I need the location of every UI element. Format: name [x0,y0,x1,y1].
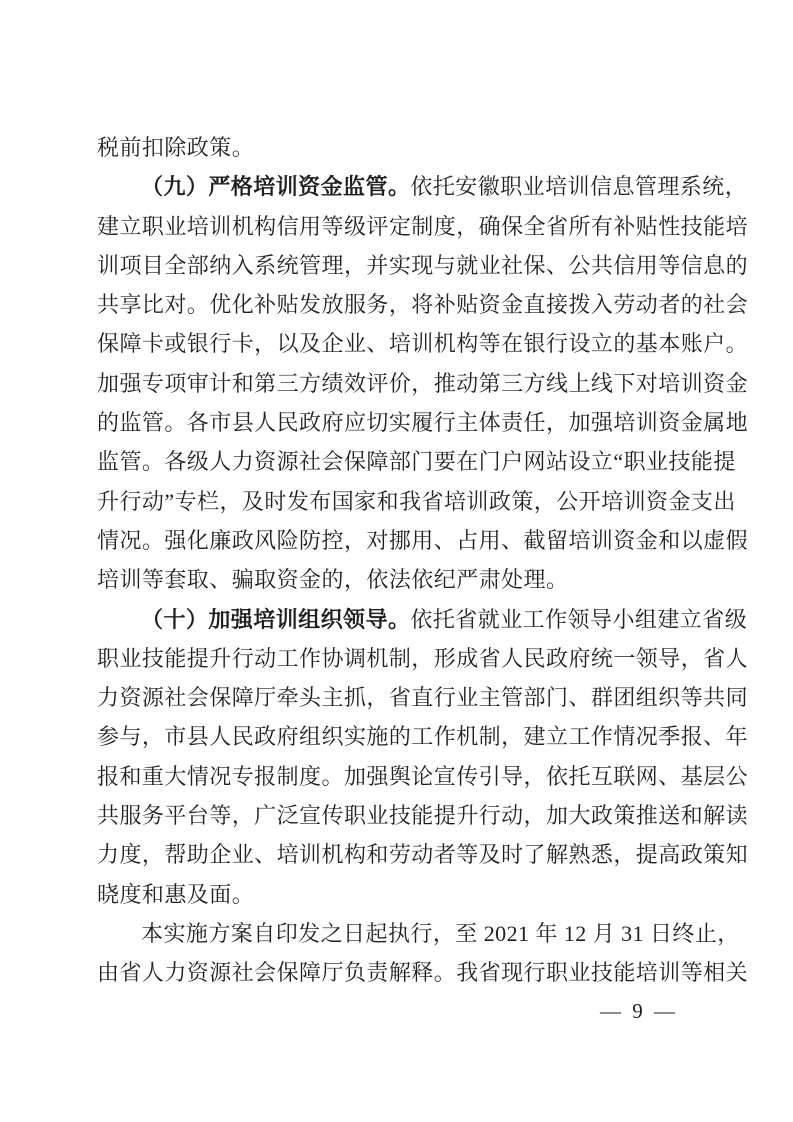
document-line: 税前扣除政策。 [97,128,737,167]
document-line: 建立职业培训机构信用等级评定制度，确保全省所有补贴性技能培 [97,207,737,246]
body-text: 晓度和惠及面。 [97,882,254,907]
body-text: 加强专项审计和第三方绩效评价，推动第三方线上线下对培训资金 [97,371,748,396]
document-line: 职业技能提升行动工作协调机制，形成省人民政府统一领导，省人 [97,639,737,678]
document-line: 本实施方案自印发之日起执行，至 2021 年 12 月 31 日终止， [97,914,737,953]
section-heading: （九）严格培训资金监管。 [141,174,410,199]
body-text: 参与，市县人民政府组织实施的工作机制，建立工作情况季报、年 [97,724,748,749]
body-text: 升行动”专栏，及时发布国家和我省培训政策，公开培训资金支出 [97,489,736,514]
body-text: 共服务平台等，广泛宣传职业技能提升行动，加大政策推送和解读 [97,803,748,828]
document-line: 训项目全部纳入系统管理，并实现与就业社保、公共信用等信息的 [97,246,737,285]
document-line: 力资源社会保障厅牵头主抓，省直行业主管部门、群团组织等共同 [97,678,737,717]
body-text: 本实施方案自印发之日起执行，至 2021 年 12 月 31 日终止， [141,921,740,946]
body-text: 由省人力资源社会保障厅负责解释。我省现行职业技能培训等相关 [97,960,748,985]
document-line: 共服务平台等，广泛宣传职业技能提升行动，加大政策推送和解读 [97,796,737,835]
document-line: 报和重大情况专报制度。加强舆论宣传引导，依托互联网、基层公 [97,757,737,796]
body-text: 保障卡或银行卡，以及企业、培训机构等在银行设立的基本账户。 [97,331,748,356]
document-line: 保障卡或银行卡，以及企业、培训机构等在银行设立的基本账户。 [97,324,737,363]
body-text: 税前扣除政策。 [97,135,254,160]
document-line: 的监管。各市县人民政府应切实履行主体责任，加强培训资金属地 [97,403,737,442]
section-heading: （十）加强培训组织领导。 [141,607,410,632]
body-text: 培训等套取、骗取资金的，依法依纪严肃处理。 [97,567,568,592]
document-body: 税前扣除政策。（九）严格培训资金监管。依托安徽职业培训信息管理系统，建立职业培训… [97,128,737,993]
body-text: 报和重大情况专报制度。加强舆论宣传引导，依托互联网、基层公 [97,764,748,789]
body-text: 训项目全部纳入系统管理，并实现与就业社保、公共信用等信息的 [97,253,748,278]
document-line: 升行动”专栏，及时发布国家和我省培训政策，公开培训资金支出 [97,482,737,521]
document-line: 由省人力资源社会保障厅负责解释。我省现行职业技能培训等相关 [97,953,737,992]
document-line: 情况。强化廉政风险防控，对挪用、占用、截留培训资金和以虚假 [97,521,737,560]
page-number: — 9 — [600,999,678,1024]
document-line: 培训等套取、骗取资金的，依法依纪严肃处理。 [97,560,737,599]
body-text: 依托省就业工作领导小组建立省级 [410,607,747,632]
document-line: 加强专项审计和第三方绩效评价，推动第三方线上线下对培训资金 [97,364,737,403]
body-text: 力资源社会保障厅牵头主抓，省直行业主管部门、群团组织等共同 [97,685,748,710]
body-text: 依托安徽职业培训信息管理系统， [410,174,747,199]
document-line: （十）加强培训组织领导。依托省就业工作领导小组建立省级 [97,600,737,639]
body-text: 情况。强化廉政风险防控，对挪用、占用、截留培训资金和以虚假 [97,528,748,553]
body-text: 共享比对。优化补贴发放服务，将补贴资金直接拨入劳动者的社会 [97,292,748,317]
document-line: 共享比对。优化补贴发放服务，将补贴资金直接拨入劳动者的社会 [97,285,737,324]
document-line: 监管。各级人力资源社会保障部门要在门户网站设立“职业技能提 [97,442,737,481]
document-line: 力度，帮助企业、培训机构和劳动者等及时了解熟悉，提高政策知 [97,835,737,874]
body-text: 职业技能提升行动工作协调机制，形成省人民政府统一领导，省人 [97,646,748,671]
body-text: 的监管。各市县人民政府应切实履行主体责任，加强培训资金属地 [97,410,748,435]
body-text: 监管。各级人力资源社会保障部门要在门户网站设立“职业技能提 [97,449,736,474]
document-line: 晓度和惠及面。 [97,875,737,914]
document-line: （九）严格培训资金监管。依托安徽职业培训信息管理系统， [97,167,737,206]
body-text: 建立职业培训机构信用等级评定制度，确保全省所有补贴性技能培 [97,214,748,239]
body-text: 力度，帮助企业、培训机构和劳动者等及时了解熟悉，提高政策知 [97,842,748,867]
document-page: 税前扣除政策。（九）严格培训资金监管。依托安徽职业培训信息管理系统，建立职业培训… [0,0,793,1122]
document-line: 参与，市县人民政府组织实施的工作机制，建立工作情况季报、年 [97,717,737,756]
